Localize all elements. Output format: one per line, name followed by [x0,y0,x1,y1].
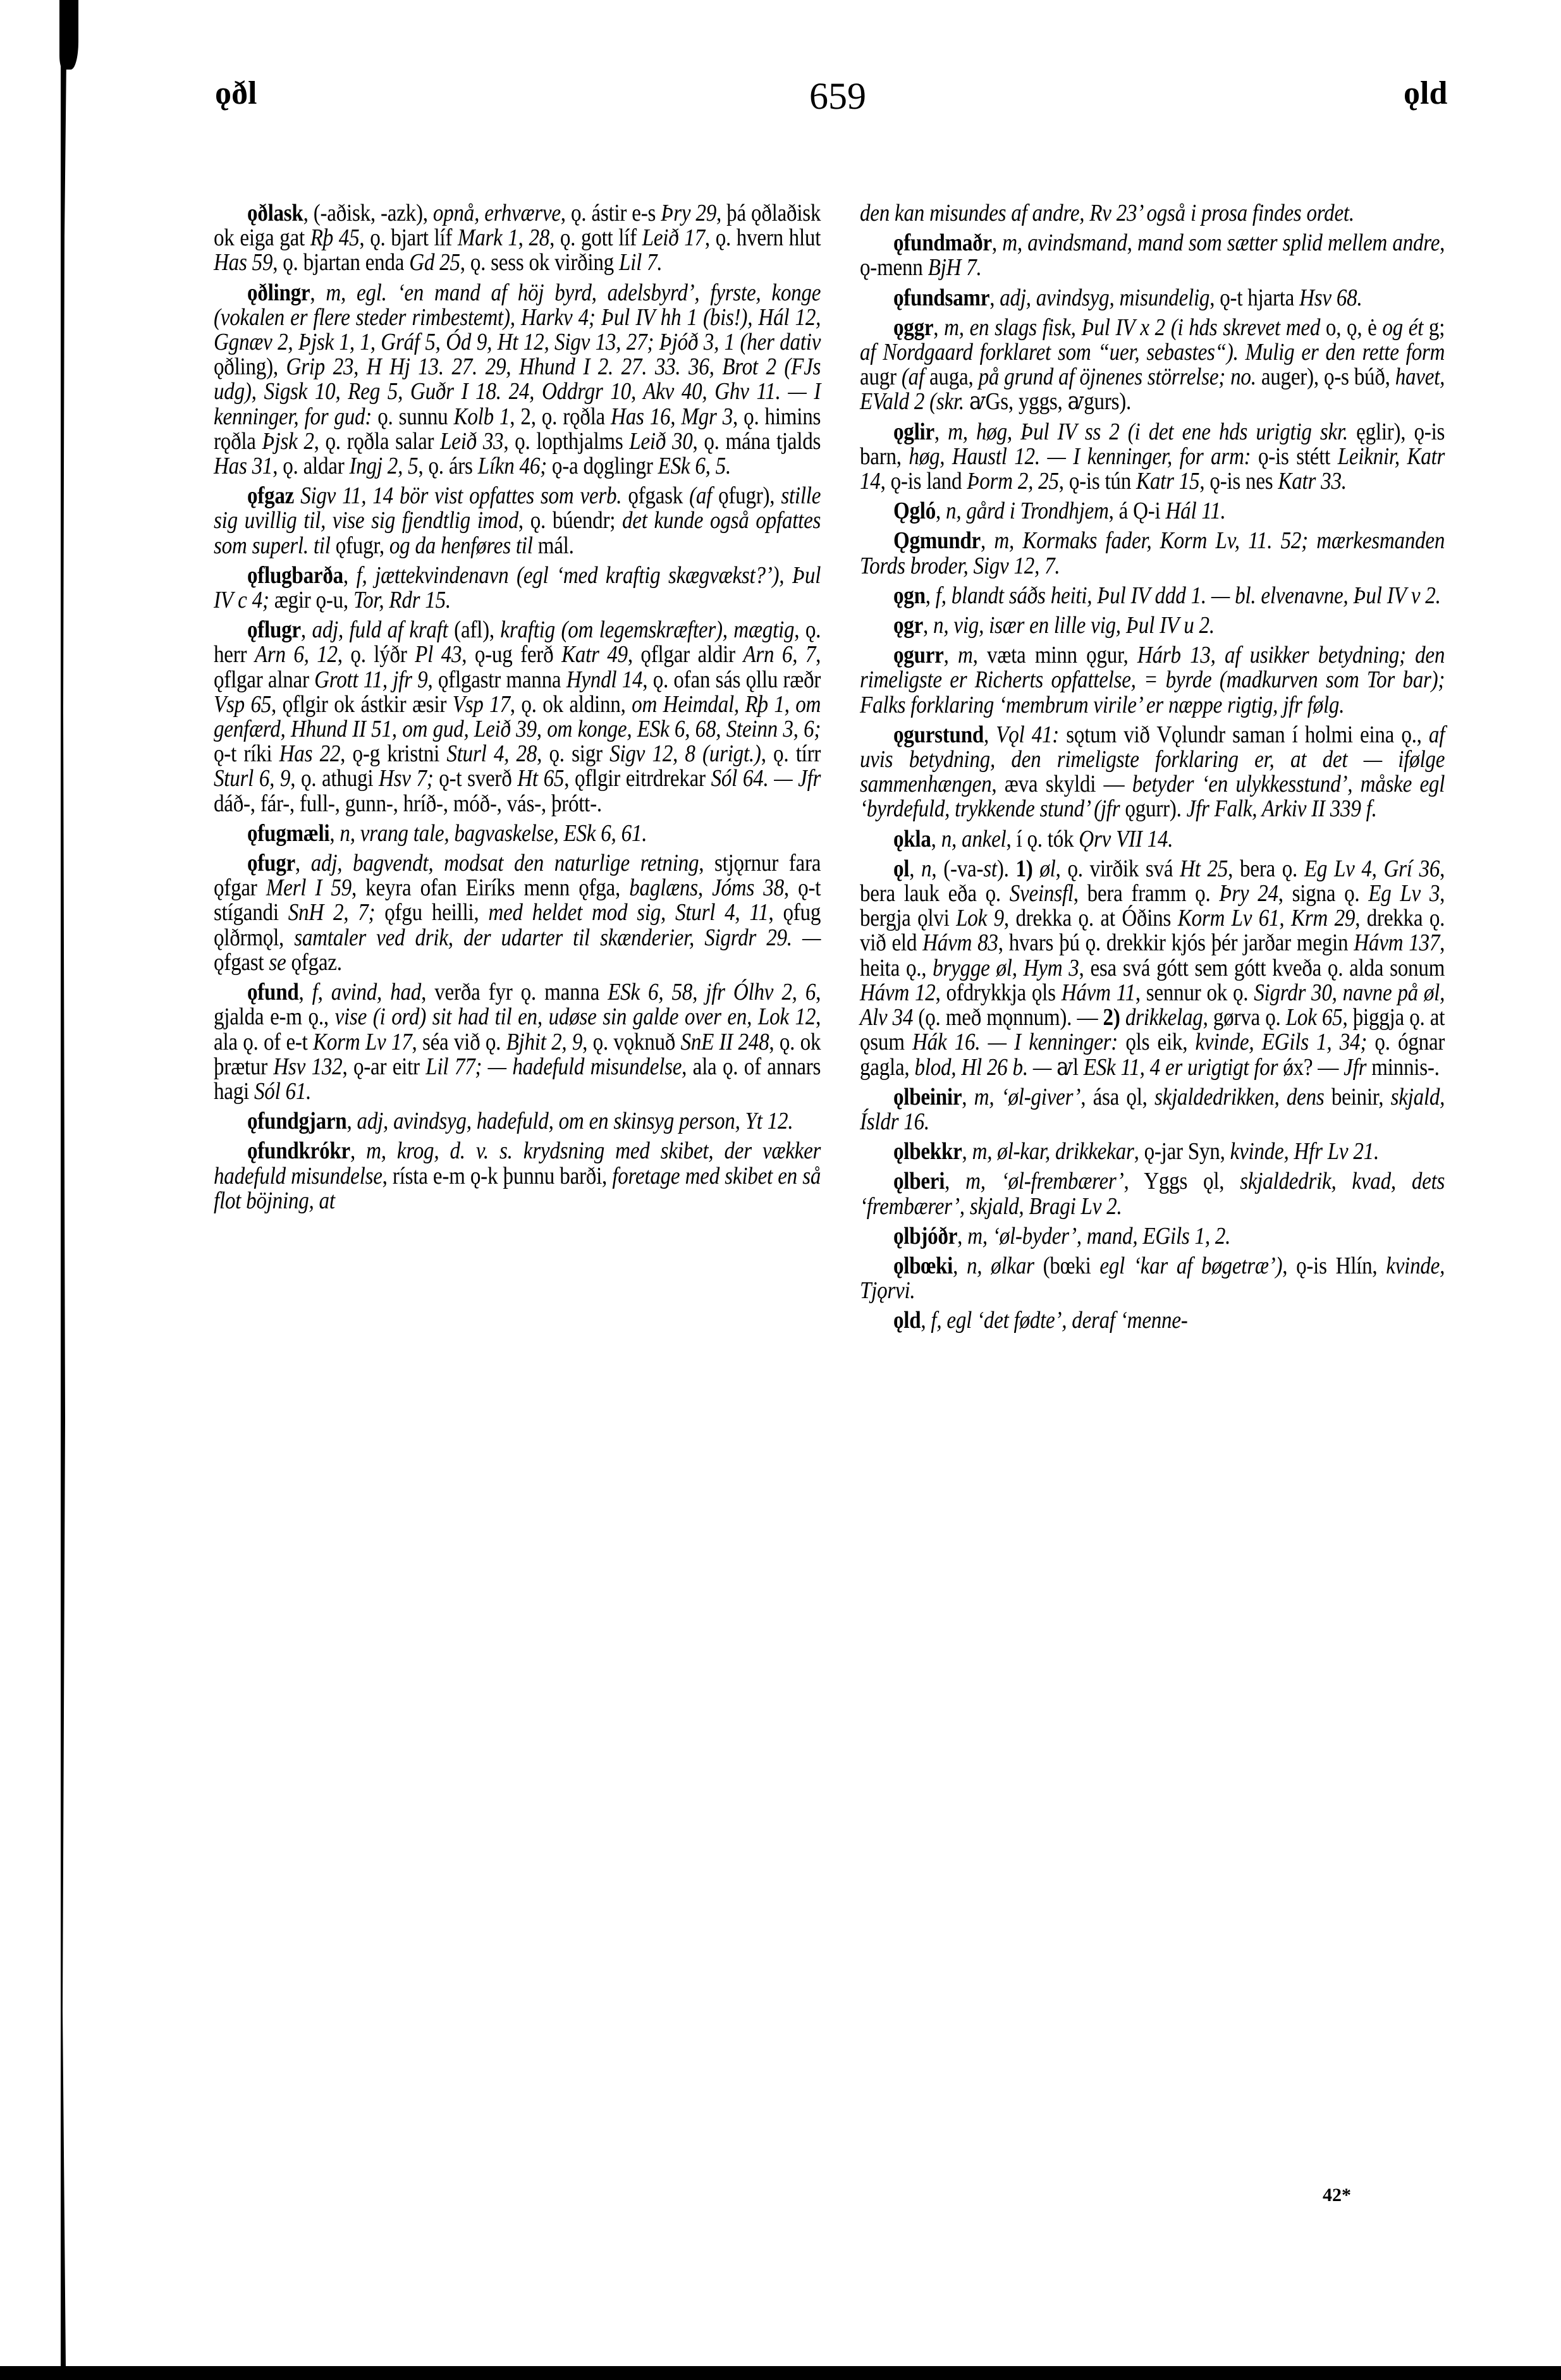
italic-gloss: Þorm 2, 25 [967,468,1059,494]
italic-gloss: n, ankel [941,826,1007,852]
roman-text: , [944,642,958,668]
italic-gloss: kvinde, Hfr Lv 21. [1230,1138,1379,1165]
roman-text: , [295,850,311,876]
italic-gloss: Sturl 4, 28 [446,740,537,767]
italic-gloss: Hyndl 14 [566,666,643,693]
italic-gloss: Hsv 132 [273,1053,342,1080]
italic-gloss: Korm Lv 17 [313,1029,412,1055]
roman-text: , [350,1138,366,1164]
dictionary-entry: ǫl, n, (-va-st). 1) øl, ǫ. virðik svá Ht… [860,857,1445,1080]
italic-gloss: Korm Lv 61, Krm 29 [1178,905,1355,931]
italic-gloss: Ht 65 [517,765,564,792]
italic-gloss: f, blandt sáðs heiti, Þul IV ddd 1. — bl… [936,582,1441,609]
roman-text: ǫfugr), [712,482,781,509]
roman-text: , ǫ. ok aldinn, [510,691,632,718]
italic-gloss: adj, fuld af kraft [312,616,448,643]
roman-text: auga, [924,364,979,390]
headword: ǫgurstund [893,721,984,748]
roman-text: , (-aðisk, -azk), [303,200,433,226]
dictionary-entry: ǫfund, f, avind, had, verða fyr ǫ. manna… [214,980,821,1104]
italic-gloss: Arn 6, 7 [743,641,816,668]
roman-text: , keyra ofan Eiríks menn ǫfga, [352,874,629,901]
roman-text: auger), ǫ-s búð, [1256,364,1395,390]
roman-text: , ǫ-is land [881,468,967,494]
italic-gloss: Þry 29 [661,200,716,226]
right-column-entries: den kan misundes af andre, Rv 23’ også i… [860,201,1445,1334]
italic-gloss: øl [1039,856,1055,882]
italic-gloss: Jfr Falk, Arkiv II 339 f. [1187,795,1377,822]
dictionary-entry: Ǫgló, n, gård i Trondhjem, á Ǫ-i Hál 11. [860,499,1445,524]
roman-text: , ǫ. vǫknuð [582,1029,680,1055]
dictionary-entry: ǫgurr, m, væta minn ǫgur, Hárb 13, af us… [860,643,1445,718]
roman-text: , ǫ. árs [418,453,477,479]
italic-gloss: samtaler ved drik, der udarter til skænd… [294,924,821,951]
roman-text: ǿx? — [1278,1054,1344,1081]
roman-text: , ofdrykkja ǫls [936,979,1062,1006]
italic-gloss: Ht 25 [1180,856,1228,882]
page-binding-edge [61,0,67,2366]
italic-gloss: Hsv 68. [1299,285,1362,311]
roman-text: ægir ǫ-u, [269,587,353,613]
headword: ǫflugr [247,616,301,643]
italic-gloss: Has 16, Mgr 3 [611,403,733,430]
dictionary-entry: ǫfundsamr, adj, avindsyg, misundelig, ǫ-… [860,286,1445,310]
roman-text: , ǫ-is tún [1059,468,1136,494]
roman-text: , 2, ǫ. rǫðla [510,403,611,430]
headword: ǫfugr [247,850,295,876]
roman-text: , ǫflgir eitrdrekar [564,765,711,792]
italic-gloss: og da henføres til [389,532,533,559]
roman-text: , sennur ok ǫ. [1136,979,1254,1006]
headword: ǫlbœki [893,1253,953,1279]
roman-text: , ǫ. hvern hlut [705,224,821,251]
headword: ǫfugmæli [247,820,329,847]
italic-gloss: BjH 7. [928,254,982,281]
italic-gloss: Ǫrv VII 14. [1079,826,1173,852]
sense-number: 2) [1103,1004,1120,1031]
italic-gloss: SnE II 248 [681,1029,769,1055]
headword: ǫkla [893,826,931,852]
roman-text [1120,1004,1125,1031]
roman-text: , ǫ-g kristni [340,740,446,767]
italic-gloss: den kan misundes af andre, Rv 23’ også i… [860,200,1354,226]
italic-gloss: Arn 6, 12 [255,641,338,668]
italic-gloss: n [921,856,931,882]
italic-gloss: Vsp 65 [214,691,271,718]
headword: ǫfundkrókr [247,1138,350,1164]
roman-text: ǫ-t ríki [214,740,279,767]
italic-gloss: m, en slags fisk, Þul IV x 2 (i hds skre… [944,314,1320,341]
italic-gloss: Hál 11. [1165,498,1225,524]
italic-gloss: Tor, Rdr 15. [353,587,451,613]
headword: ǫfgaz [247,482,294,509]
roman-text: , ǫ. virðik svá [1056,856,1180,882]
italic-gloss: n, vig, især en lille vig, Þul IV u 2. [933,612,1215,639]
headword: Ǫgmundr [893,527,981,554]
italic-gloss: Has 22 [279,740,341,767]
roman-text: , esa svá gótt sem gótt kveða ǫ. alda so… [1079,955,1445,981]
italic-gloss: adj, avindsyg, misundelig [1000,285,1209,311]
roman-text: beinir, [1325,1084,1391,1110]
roman-text: , ǫ. sigr [537,740,609,767]
italic-gloss: st [983,856,997,882]
signature-mark: 42* [1323,2185,1351,2206]
roman-text: , [299,979,312,1005]
roman-text: , ǫ. tírr [761,740,821,767]
headword: ǫlbeinir [893,1084,962,1110]
headword: ǫgurr [893,642,944,668]
italic-gloss: Vsp 17 [453,691,510,718]
italic-gloss: Lok 9 [956,905,1004,931]
left-column: ǫðlask, (-aðisk, -azk), opnå, erhværve, … [214,201,821,1218]
roman-text [294,482,300,509]
headword: ǫl [893,856,909,882]
left-guideword: ǫðl [215,75,257,125]
headword: ǫlbekkr [893,1138,962,1165]
roman-text: , séa við ǫ. [412,1029,506,1055]
italic-gloss: skjaldedrikken, dens [1154,1084,1324,1110]
italic-gloss: adj, bagvendt, modsat den naturlige retn… [311,850,699,876]
italic-gloss: Hsv 7; [379,765,434,792]
roman-text: augr [860,364,902,390]
dictionary-entry: ǫfgaz Sigv 11, 14 bör vist opfattes som … [214,484,821,558]
dictionary-entry: ǫglir, m, høg, Þul IV ss 2 (i det ene hd… [860,420,1445,494]
italic-gloss: Has 59 [214,249,272,276]
italic-gloss: Þry 24 [1219,880,1278,907]
italic-gloss: drikkelag [1125,1004,1203,1031]
italic-gloss: Leið 33 [440,428,503,455]
roman-text: , ǫ. bjartan enda [272,249,409,276]
roman-text: , ǫ-t hjarta [1209,285,1299,311]
roman-text: , bera ǫ. [1228,856,1304,882]
italic-gloss: Katr 49 [561,641,628,668]
italic-gloss: med heldet mod sig, Sturl 4, 11 [488,899,768,926]
entry-continuation: den kan misundes af andre, Rv 23’ også i… [860,201,1445,226]
roman-text: , [518,224,529,251]
italic-gloss: n, ølkar [967,1253,1034,1279]
roman-text: , bera framm ǫ. [1074,880,1220,907]
italic-gloss: n, gård i Trondhjem [946,498,1109,524]
dictionary-entry: ǫðlingr, m, egl. ‘en mand af höj byrd, a… [214,281,821,479]
dictionary-entry: ǫðlask, (-aðisk, -azk), opnå, erhværve, … [214,201,821,276]
roman-text: , ǫ. sess ok virðing [460,249,619,276]
roman-text: , [909,856,921,882]
roman-text: , verða fyr ǫ. manna [421,979,608,1005]
roman-text: , ǫ. lopthjalms [503,428,629,455]
italic-gloss: blod, Hl 26 b. — [914,1054,1051,1081]
italic-gloss: f, egl ‘det fødte’, deraf ‘menne- [931,1307,1187,1334]
roman-text: ǫgurr). [1120,795,1186,822]
italic-gloss: Mark 1 [458,224,518,251]
roman-text: , [346,1108,357,1134]
roman-text: mál. [533,532,574,559]
italic-gloss: Sól 61. [254,1078,311,1105]
italic-gloss: m, ‘øl-frembærer’ [965,1168,1123,1194]
italic-gloss: kvinde, EGils 1, 34; [1196,1029,1368,1055]
italic-gloss: på grund af öjnenes störrelse; no. [979,364,1256,390]
roman-text: , ǫ. ofan sás ǫllu ræðr [642,666,821,693]
roman-text: (afl), [448,616,501,643]
italic-gloss: Katr 15 [1136,468,1199,494]
italic-gloss: (af [689,482,712,509]
roman-text: , ǫ-ug ferð [462,641,561,668]
italic-gloss: ESk 6, 5. [658,453,731,479]
roman-text: , [923,612,933,639]
roman-text: , ǫ. mána tjalds [693,428,821,455]
italic-gloss: Sól 64. — Jfr [711,765,821,792]
italic-gloss: se [269,949,286,976]
roman-text: ǫls eik, [1118,1029,1195,1055]
headword: ǫfundsamr [893,285,989,311]
italic-gloss: Eg Lv 4, Grí 36 [1304,856,1440,882]
roman-text: ǫfgask [621,482,689,509]
italic-gloss: Ingj 2, 5 [349,453,418,479]
italic-gloss: SnH 2, 7; [288,899,376,926]
headword: ǫfund [247,979,299,1005]
roman-text: ǫ-is stétt [1251,443,1337,470]
headword: ǫgn [893,582,926,609]
italic-gloss: Hávm 12 [860,979,936,1006]
roman-text: ǫfgaz. [286,949,341,976]
roman-text: , signa ǫ. [1278,880,1368,907]
italic-gloss: kraftig (om legemskræfter), mægtig [500,616,794,643]
italic-gloss: m, høg, Þul IV ss 2 (i det ene hds urigt… [948,419,1348,445]
roman-text: , í ǫ. tók [1006,826,1079,852]
dictionary-entry: ǫlbeinir, m, ‘øl-giver’, ása ǫl, skjalde… [860,1085,1445,1134]
italic-gloss: Hávm 83 [922,929,998,956]
roman-text: , [992,230,1002,256]
roman-text: , ǫ-jar Syn, [1134,1138,1230,1165]
italic-gloss: vise (i ord) sit had til en, udøse sin g… [335,1003,816,1030]
roman-text: ꜹGs, yggs, ꜹgurs). [964,388,1131,415]
roman-text: ǫ-a dǫglingr [547,453,658,479]
roman-text: , ǫ. lýðr [338,641,415,668]
roman-text: (bœki [1034,1253,1100,1279]
italic-gloss: m, ‘øl-giver’ [974,1084,1081,1110]
roman-text: , [926,582,936,609]
italic-gloss: m, ‘øl-byder’, mand, EGils 1, 2. [967,1223,1230,1249]
dictionary-entry: ǫgr, n, vig, især en lille vig, Þul IV u… [860,613,1445,638]
italic-gloss: m, avindsmand, mand som sætter splid mel… [1002,230,1440,256]
italic-gloss: Kolb 1 [454,403,510,430]
roman-text: , (-va- [931,856,983,882]
roman-text: , [981,527,994,554]
italic-gloss: Katr 33. [1278,468,1346,494]
page-number: 659 [809,75,866,125]
right-guideword: ǫld [1404,75,1447,125]
italic-gloss: Gd 25 [409,249,460,276]
roman-text: , ǫ-is nes [1199,468,1278,494]
right-column: den kan misundes af andre, Rv 23’ også i… [860,201,1445,1339]
italic-gloss: Lok 65 [1286,1004,1343,1031]
headword: ǫflugbarða [247,562,343,589]
headword: ǫgr [893,612,923,639]
headword: ǫfundmaðr [893,230,992,256]
roman-text: , æva skyldi — [991,771,1132,797]
roman-text: , [984,721,996,748]
italic-gloss: Rþ 45 [310,224,360,251]
italic-gloss: Eg Lv 3 [1368,880,1440,907]
italic-gloss: af Nordgaard forklaret som “uer, sebaste… [860,339,1445,365]
italic-gloss: Leið 17 [642,224,705,251]
roman-text: , [953,1253,967,1279]
dictionary-entry: ǫflugbarða, f, jættekvindenavn (egl ‘med… [214,563,821,613]
italic-gloss: Hávm 137 [1354,929,1440,956]
roman-text: ꜹl [1051,1054,1084,1081]
roman-text: , [989,285,1000,311]
italic-gloss: og ét [1382,314,1423,341]
roman-text: , ǫ. aldar [272,453,349,479]
italic-gloss: Leið 30 [629,428,692,455]
roman-text: , [301,616,312,643]
roman-text: , ǫ. búendr; [518,507,622,534]
italic-gloss: Jfr [1344,1054,1366,1081]
italic-gloss: Vǫl 41: [996,721,1059,748]
dictionary-entry: ǫgurstund, Vǫl 41: sǫtum við Vǫlundr sam… [860,723,1445,822]
headword: ǫld [893,1307,921,1334]
italic-gloss: Þjsk 2 [262,428,314,455]
roman-text: ǫfugr, [331,532,389,559]
roman-text: , [957,1223,967,1249]
left-column-entries: ǫðlask, (-aðisk, -azk), opnå, erhværve, … [214,201,821,1213]
roman-text: , ǫ-is Hlín, [1282,1253,1386,1279]
roman-text: , hvars þú ǫ. drekkir kjós þér jarðar me… [998,929,1354,956]
roman-text: , [329,820,340,847]
italic-gloss: (af [902,364,924,390]
headword: Ǫgló [893,498,936,524]
roman-text [1033,856,1040,882]
roman-text: , rísta e-m ǫ-k þunnu barði, [383,1163,613,1189]
dictionary-entry: ǫfugr, adj, bagvendt, modsat den naturli… [214,851,821,975]
italic-gloss: Sigv 11, 14 bör vist opfattes som verb. [300,482,621,509]
dictionary-entry: ǫkla, n, ankel, í ǫ. tók Ǫrv VII 14. [860,827,1445,852]
dictionary-entry: ǫggr, m, en slags fisk, Þul IV x 2 (i hd… [860,316,1445,415]
italic-gloss: n, vrang tale, bagvaskelse, ESk 6, 61. [340,820,647,847]
italic-gloss: 28 [529,224,549,251]
headword: ǫfundgjarn [247,1108,347,1134]
roman-text: , [945,1168,965,1194]
italic-gloss: baglæns, Jóms 38 [629,874,784,901]
italic-gloss: Bjhit 2, 9 [506,1029,583,1055]
italic-gloss: brygge øl, Hym 3 [933,955,1079,981]
dictionary-entry: ǫfugmæli, n, vrang tale, bagvaskelse, ES… [214,821,821,846]
roman-text: , [934,419,948,445]
roman-text: sǫtum við Vǫlundr saman í holmi eina ǫ., [1059,721,1429,748]
roman-text: dáð-, fár-, full-, gunn-, hríð-, móð-, v… [214,790,602,817]
roman-text: o, ǫ, ė [1320,314,1382,341]
italic-gloss: høg, Haustl 12. — I kenninger, for arm: [909,443,1251,470]
dictionary-entry: ǫlbjóðr, m, ‘øl-byder’, mand, EGils 1, 2… [860,1224,1445,1249]
italic-gloss: opnå, erhværve [433,200,561,226]
roman-text: , ása ǫl, [1080,1084,1154,1110]
italic-gloss: ESk 11, 4 er urigtigt for [1084,1054,1278,1081]
italic-gloss: Sturl 6, 9 [214,765,290,792]
italic-gloss: Merl I 59 [266,874,352,901]
roman-text: , ǫflgar aldir [628,641,744,668]
italic-gloss: f, avind, had [312,979,421,1005]
headword: ǫlberi [893,1168,945,1194]
roman-text: , [962,1084,974,1110]
italic-gloss: Hák 16. — I kenninger: [912,1029,1118,1055]
roman-text: , ǫ-ar eitr [342,1053,425,1080]
roman-text: , [921,1307,931,1334]
roman-text: , [962,1138,972,1165]
dictionary-entry: Ǫgmundr, m, Kormaks fader, Korm Lv, 11. … [860,529,1445,578]
headword: ǫglir [893,419,934,445]
roman-text: , [310,279,326,306]
dictionary-entry: ǫlberi, m, ‘øl-frembærer’, Yggs ǫl, skja… [860,1169,1445,1218]
roman-text: ǫ-t sverð [434,765,518,792]
headword: ǫðlask [247,200,303,226]
italic-gloss: Sveinsfl [1010,880,1074,907]
roman-text: ǫfgu heilli, [375,899,488,926]
italic-gloss: m, øl-kar, drikkekar [972,1138,1134,1165]
roman-text: , væta minn ǫgur, [973,642,1137,668]
roman-text: , ǫ. ástir e-s [561,200,661,226]
dictionary-entry: ǫgn, f, blandt sáðs heiti, Þul IV ddd 1.… [860,584,1445,608]
roman-text: , ǫflgastr manna [427,666,566,693]
italic-gloss: Pl 43 [415,641,462,668]
dictionary-entry: ǫlbœki, n, ølkar (bœki egl ‘kar af bøget… [860,1254,1445,1303]
italic-gloss: Sigv 12, 8 (urigt.) [609,740,761,767]
dictionary-entry: ǫfundkrókr, m, krog, d. v. s. krydsning … [214,1139,821,1213]
dictionary-entry: ǫflugr, adj, fuld af kraft (afl), krafti… [214,618,821,816]
roman-text: , ǫ. bjart líf [359,224,458,251]
roman-text: , [933,314,944,341]
roman-text: , ǫ. athugi [290,765,379,792]
dictionary-entry: ǫfundmaðr, m, avindsmand, mand som sætte… [860,231,1445,280]
italic-gloss: Lil 7. [619,249,662,276]
roman-text: , ǫflgir ok ástkir æsir [271,691,453,718]
roman-text: , gørva ǫ. [1203,1004,1286,1031]
roman-text: minnis-. [1366,1054,1439,1081]
italic-gloss: Grott 11, jfr 9 [314,666,427,693]
italic-gloss: Lil 77; — hadefuld misundelse [425,1053,682,1080]
italic-gloss: Líkn 46; [478,453,547,479]
roman-text: , Yggs ǫl, [1124,1168,1240,1194]
scan-bottom-edge [0,2366,1561,2380]
sense-number: 1) [1015,856,1032,882]
roman-text: ǫ. sunnu [372,403,453,430]
italic-gloss: m [958,642,973,668]
roman-text: g; [1423,314,1445,341]
roman-text: , [931,826,941,852]
roman-text: , drekka ǫ. at Óðins [1004,905,1178,931]
roman-text: ǫfgast [214,949,269,976]
headword: ǫðlingr [247,279,310,306]
italic-gloss: Has 31 [214,453,272,479]
roman-text: ). [997,856,1016,882]
italic-gloss: ESk 6, 58, jfr Ólhv 2, 6 [608,979,816,1005]
roman-text: , [343,562,357,589]
roman-text: , ǫ. rǫðla salar [314,428,440,455]
roman-text: , á Ǫ-i [1109,498,1166,524]
roman-text: ǫðling), [214,353,286,380]
dictionary-entry: ǫlbekkr, m, øl-kar, drikkekar, ǫ-jar Syn… [860,1139,1445,1164]
roman-text: , ǫ. gott líf [549,224,642,251]
headword: ǫggr [893,314,933,341]
roman-text: (ǫ. með mǫnnum). — [913,1004,1103,1031]
headword: ǫlbjóðr [893,1223,957,1249]
italic-gloss: egl ‘kar af bøgetræ’) [1099,1253,1282,1279]
dictionary-entry: ǫld, f, egl ‘det fødte’, deraf ‘menne- [860,1308,1445,1333]
italic-gloss: Hávm 11 [1062,979,1136,1006]
dictionary-entry: ǫfundgjarn, adj, avindsyg, hadefuld, om … [214,1109,821,1134]
roman-text: , [936,498,946,524]
italic-gloss: adj, avindsyg, hadefuld, om en skinsyg p… [357,1108,793,1134]
